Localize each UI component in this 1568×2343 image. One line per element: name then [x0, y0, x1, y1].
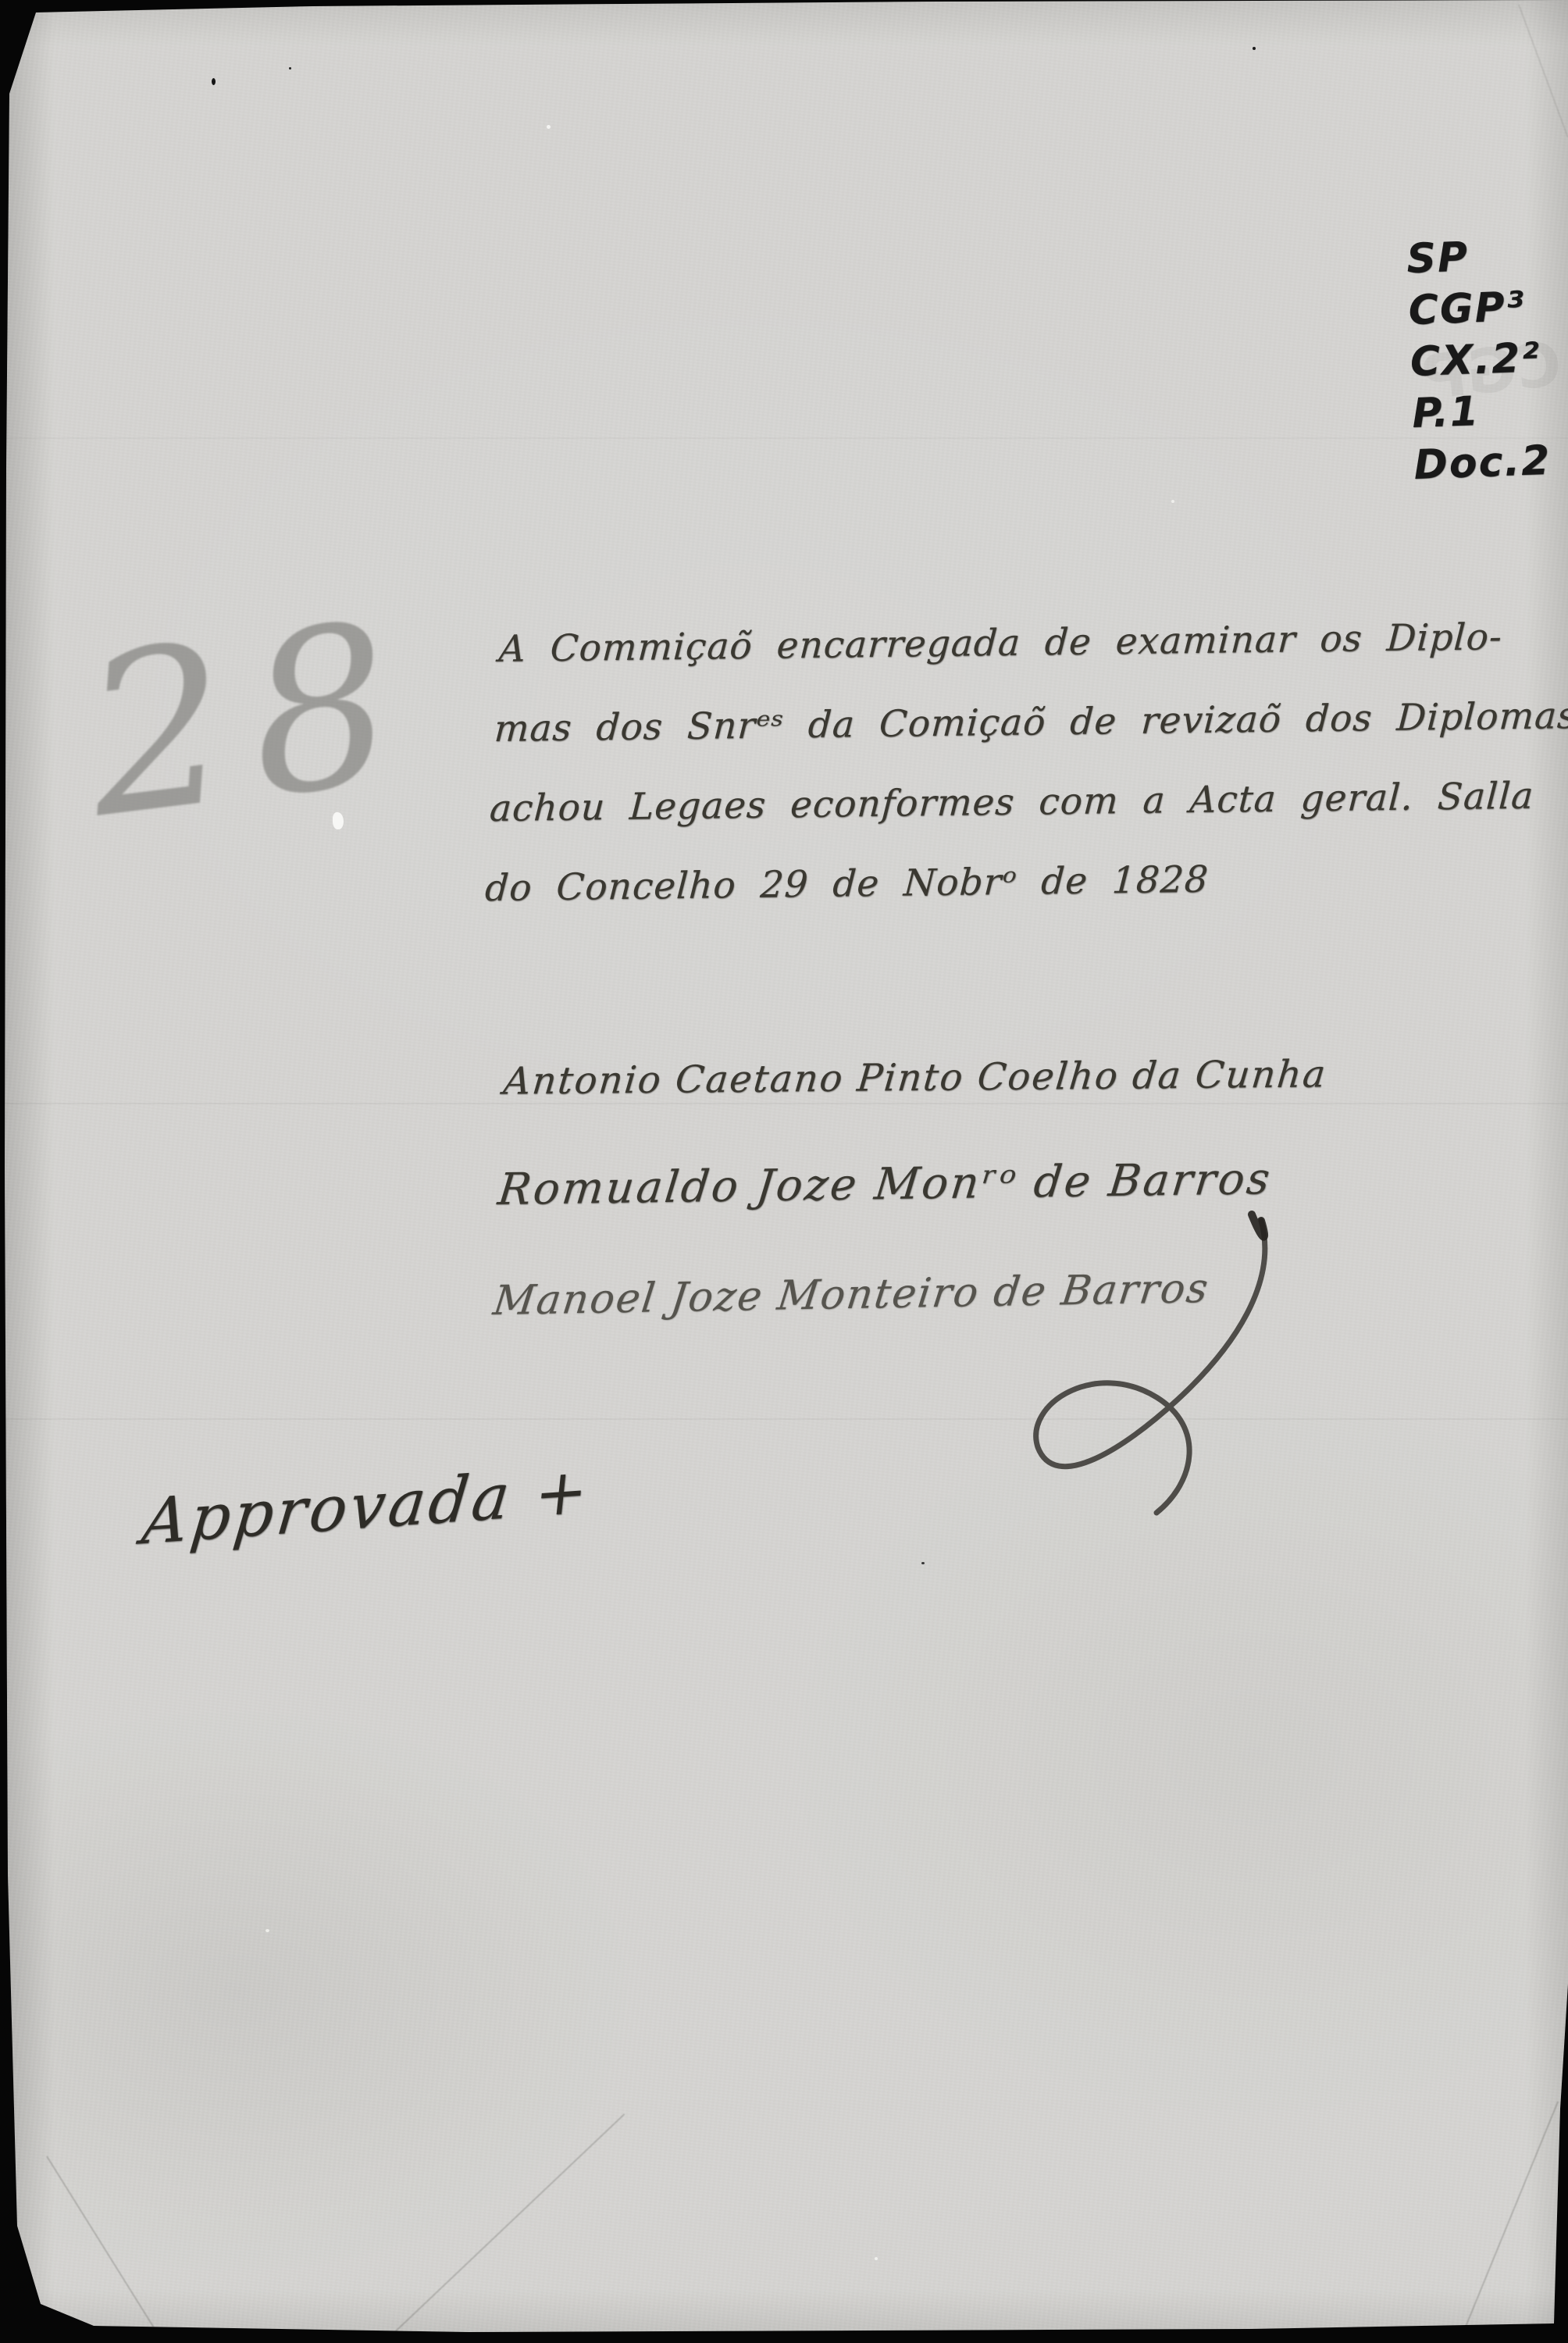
crease-line: [1518, 5, 1568, 137]
dust-speck: [265, 1929, 269, 1932]
archival-line-doc: Doc.2: [1413, 435, 1552, 491]
archival-line-p: P.1: [1411, 383, 1550, 440]
manuscript-line-3: achou Legaes econformes com a Acta geral…: [487, 755, 1568, 849]
archival-reference-marks: SP CGP³ CX.2² P.1 Doc.2: [1406, 229, 1552, 491]
dust-speck: [289, 67, 291, 70]
scanner-background: CGP SP CGP³ CX.2² P.1 Doc.2 28 A Commiça…: [0, 0, 1568, 2343]
signature-romualdo: Romualdo Joze Monʳᵒ de Barros: [496, 1154, 1275, 1215]
manuscript-line-1: A Commiçaõ encarregada de examinar os Di…: [497, 596, 1568, 690]
paper-line: [0, 1103, 1568, 1104]
dust-speck: [875, 2257, 878, 2260]
dust-speck: [547, 125, 551, 129]
paper-line: [0, 437, 1568, 439]
approval-annotation: Approvada +: [139, 1453, 594, 1558]
archival-line-sp: SP: [1406, 229, 1545, 285]
dust-speck: [1171, 500, 1174, 503]
crease-line: [46, 2156, 159, 2335]
signature-flourish-icon: [1003, 1207, 1300, 1535]
archival-line-cx: CX.2²: [1409, 332, 1548, 388]
dust-speck: [1253, 47, 1256, 50]
crease-line: [1459, 2101, 1559, 2340]
crease-line: [386, 2113, 625, 2341]
signature-manoel: Manoel Joze Monteiro de Barros: [490, 1265, 1212, 1325]
manuscript-text: A Commiçaõ encarregada de examinar os Di…: [483, 596, 1568, 929]
paper-line: [0, 1418, 1568, 1420]
signature-antonio: Antonio Caetano Pinto Coelho da Cunha: [501, 1052, 1328, 1103]
pencil-folio-number: 28: [74, 584, 427, 857]
archival-line-cgp: CGP³: [1408, 280, 1547, 337]
dust-speck: [921, 1562, 925, 1564]
dust-speck: [212, 78, 216, 85]
manuscript-line-2: mas dos Snrᵉˢ da Comiçaõ de revizaõ dos …: [492, 676, 1568, 769]
document-page: CGP SP CGP³ CX.2² P.1 Doc.2 28 A Commiça…: [0, 0, 1568, 2343]
manuscript-line-4: do Concelho 29 de Nobrᵒ de 1828: [483, 835, 1568, 929]
